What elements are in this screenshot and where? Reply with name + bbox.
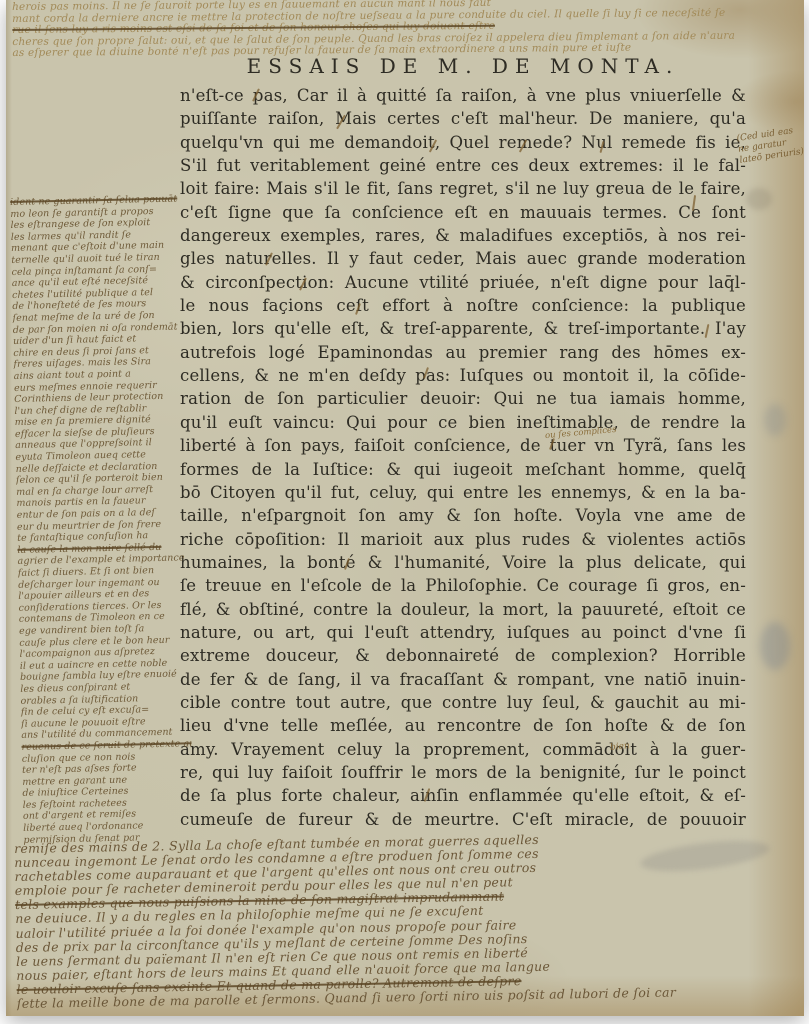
print-line: nature, ou art, qui l'euſt attendry, iuſ… xyxy=(180,621,746,644)
print-line: taille, n'eſpargnoit ſon amy & ſon hoſte… xyxy=(180,504,746,527)
print-line: qu'il euſt vaincu: Qui pour ce bien ineſ… xyxy=(180,411,746,434)
right-margin-note: (Ced uid easne garaturlateõ periuris) xyxy=(736,123,809,167)
print-line: puiſſante raiſon, Mais certes c'eſt mal'… xyxy=(180,107,746,130)
print-line: cellens, & ne m'en deſdy pas: Iuſques ou… xyxy=(180,364,746,387)
print-line: liberté à ſon pays, faiſoit conſcience, … xyxy=(180,434,746,457)
print-line: quelqu'vn qui me demandoit, Quel remede?… xyxy=(180,131,746,154)
paper-stain xyxy=(746,188,772,210)
printed-text-block: n'eſt-ce pas, Car il à quitté ſa raiſon,… xyxy=(180,84,746,831)
print-line: bien, lors qu'elle eſt, & treſ-apparente… xyxy=(180,317,746,340)
interlinear-note: bien xyxy=(610,741,631,753)
print-line: humaines, la bonté & l'humanité, Voire l… xyxy=(180,551,746,574)
print-line: & circonſpection: Aucune vtilité priuée,… xyxy=(180,271,746,294)
print-line: de fer & de ſang, il va fracaſſant & rom… xyxy=(180,668,746,691)
print-line: S'il fut veritablement geiné entre ces d… xyxy=(180,154,746,177)
print-line: bō Citoyen qu'il fut, celuy, qui entre l… xyxy=(180,481,746,504)
print-line: formes de la Iuſtice: & qui iugeoit meſc… xyxy=(180,458,746,481)
print-line: ſe treuue en l'eſcole de la Philoſophie.… xyxy=(180,574,746,597)
print-line: le nous façions ceſt effort à noſtre con… xyxy=(180,294,746,317)
print-line: extreme douceur, & debonnaireté de compl… xyxy=(180,644,746,667)
ink-smudge xyxy=(760,622,790,670)
print-line: c'eſt ſigne que ſa conſcience eſt en mau… xyxy=(180,201,746,224)
print-line: n'eſt-ce pas, Car il à quitté ſa raiſon,… xyxy=(180,84,746,107)
print-line: cible contre tout autre, que contre luy … xyxy=(180,691,746,714)
print-line: loit faire: Mais s'il le fit, ſans regre… xyxy=(180,177,746,200)
print-line: lieu d'vne telle meſlée, au rencontre de… xyxy=(180,714,746,737)
print-line: ration de ſon particulier deuoir: Qui ne… xyxy=(180,387,746,410)
print-line: amy. Vrayement celuy la proprement, comm… xyxy=(180,738,746,761)
print-line: autrefois logé Epaminondas au premier ra… xyxy=(180,341,746,364)
left-margin-manuscript: ident ne guarantir ſa ſelua pouuātmo leo… xyxy=(10,193,194,848)
print-line: de ſa plus forte chaleur, ainſin enflamm… xyxy=(180,784,746,807)
print-line: dangereux exemples, rares, & maladifues … xyxy=(180,224,746,247)
print-line: gles naturelles. Il y faut ceder, Mais a… xyxy=(180,247,746,270)
print-line: cumeuſe de fureur & de meurtre. C'eſt mi… xyxy=(180,808,746,831)
top-manuscript-block: herois pas moins. Il ne ſe ſauroit porte… xyxy=(12,0,802,60)
book-page: herois pas moins. Il ne ſe ſauroit porte… xyxy=(6,0,804,1016)
ink-smudge xyxy=(764,404,786,436)
running-header: ESSAIS DE M. DE MONTA. xyxy=(178,54,748,78)
print-line: flé, & obſtiné, contre la douleur, la mo… xyxy=(180,598,746,621)
print-line: re, qui luy faiſoit ſouffrir le mors de … xyxy=(180,761,746,784)
print-line: riche cōpoſition: Il marioit aux plus ru… xyxy=(180,528,746,551)
